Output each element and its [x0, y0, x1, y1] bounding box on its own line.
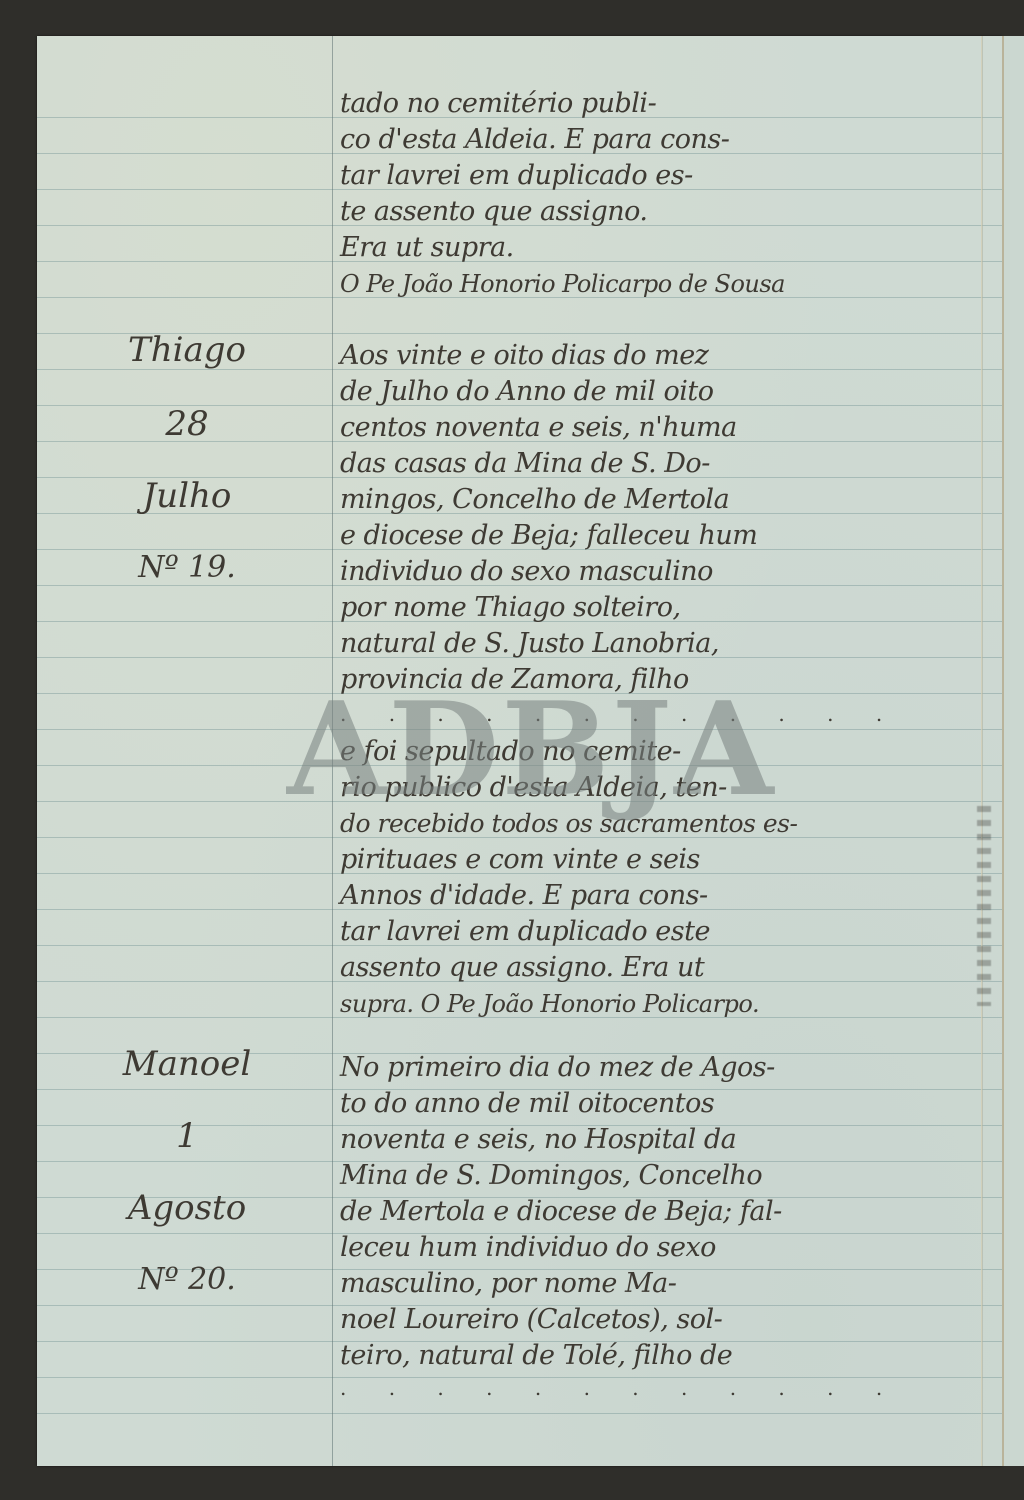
facing-page-edge — [1002, 36, 1024, 1466]
text-line: tado no cemitério publi- — [340, 86, 656, 122]
text-line: tar lavrei em duplicado este — [340, 914, 710, 950]
text-line: rio publico d'esta Aldeia, ten- — [340, 770, 727, 806]
register-page: tado no cemitério publi- co d'esta Aldei… — [37, 36, 1002, 1466]
text-line: de Mertola e diocese de Beja; fal- — [340, 1194, 782, 1230]
text-line: centos noventa e seis, n'huma — [340, 410, 737, 446]
text-line: teiro, natural de Tolé, filho de — [340, 1338, 732, 1374]
margin-name: Thiago — [57, 332, 317, 368]
text-line: provincia de Zamora, filho — [340, 662, 689, 698]
text-line: pirituaes e com vinte e seis — [340, 842, 700, 878]
text-line: leceu hum individuo do sexo — [340, 1230, 716, 1266]
text-line: e diocese de Beja; falleceu hum — [340, 518, 757, 554]
text-line: individuo do sexo masculino — [340, 554, 713, 590]
text-line: noel Loureiro (Calcetos), sol- — [340, 1302, 722, 1338]
text-line: de Julho do Anno de mil oito — [340, 374, 713, 410]
text-line: Mina de S. Domingos, Concelho — [340, 1158, 762, 1194]
margin-name: Manoel — [57, 1046, 317, 1082]
page-fold — [981, 36, 983, 1466]
text-line: masculino, por nome Ma- — [340, 1266, 676, 1302]
text-line: te assento que assigno. — [340, 194, 648, 230]
ink-stain — [977, 806, 991, 1006]
margin-month: Agosto — [57, 1190, 317, 1226]
ruled-line — [37, 729, 1002, 730]
text-line: Annos d'idade. E para cons- — [340, 878, 708, 914]
text-line: to do anno de mil oitocentos — [340, 1086, 714, 1122]
entry-number: Nº 19. — [57, 550, 317, 586]
dotted-fill-line: . . . . . . . . . . . . — [340, 702, 900, 726]
ruled-line — [37, 261, 1002, 262]
text-line: co d'esta Aldeia. E para cons- — [340, 122, 729, 158]
text-line: por nome Thiago solteiro, — [340, 590, 681, 626]
text-line: das casas da Mina de S. Do- — [340, 446, 710, 482]
margin-day: 28 — [57, 406, 317, 442]
text-line: mingos, Concelho de Mertola — [340, 482, 729, 518]
text-line: Aos vinte e oito dias do mez — [340, 338, 708, 374]
entry-number: Nº 20. — [57, 1262, 317, 1298]
text-line: tar lavrei em duplicado es- — [340, 158, 693, 194]
text-line: natural de S. Justo Lanobria, — [340, 626, 719, 662]
text-line: do recebido todos os sacramentos es- — [340, 806, 797, 842]
margin-day: 1 — [57, 1118, 317, 1154]
ruled-line — [37, 1413, 1002, 1414]
signature: O Pe João Honorio Policarpo de Sousa — [340, 266, 785, 302]
text-line: noventa e seis, no Hospital da — [340, 1122, 736, 1158]
text-line: e foi sepultado no cemite- — [340, 734, 681, 770]
margin-month: Julho — [57, 478, 317, 514]
text-line: assento que assigno. Era ut — [340, 950, 704, 986]
signature: supra. O Pe João Honorio Policarpo. — [340, 986, 759, 1022]
text-line: Era ut supra. — [340, 230, 514, 266]
text-line: No primeiro dia do mez de Agos- — [340, 1050, 775, 1086]
margin-rule — [332, 36, 333, 1466]
dotted-fill-line: . . . . . . . . . . . . — [340, 1376, 900, 1400]
